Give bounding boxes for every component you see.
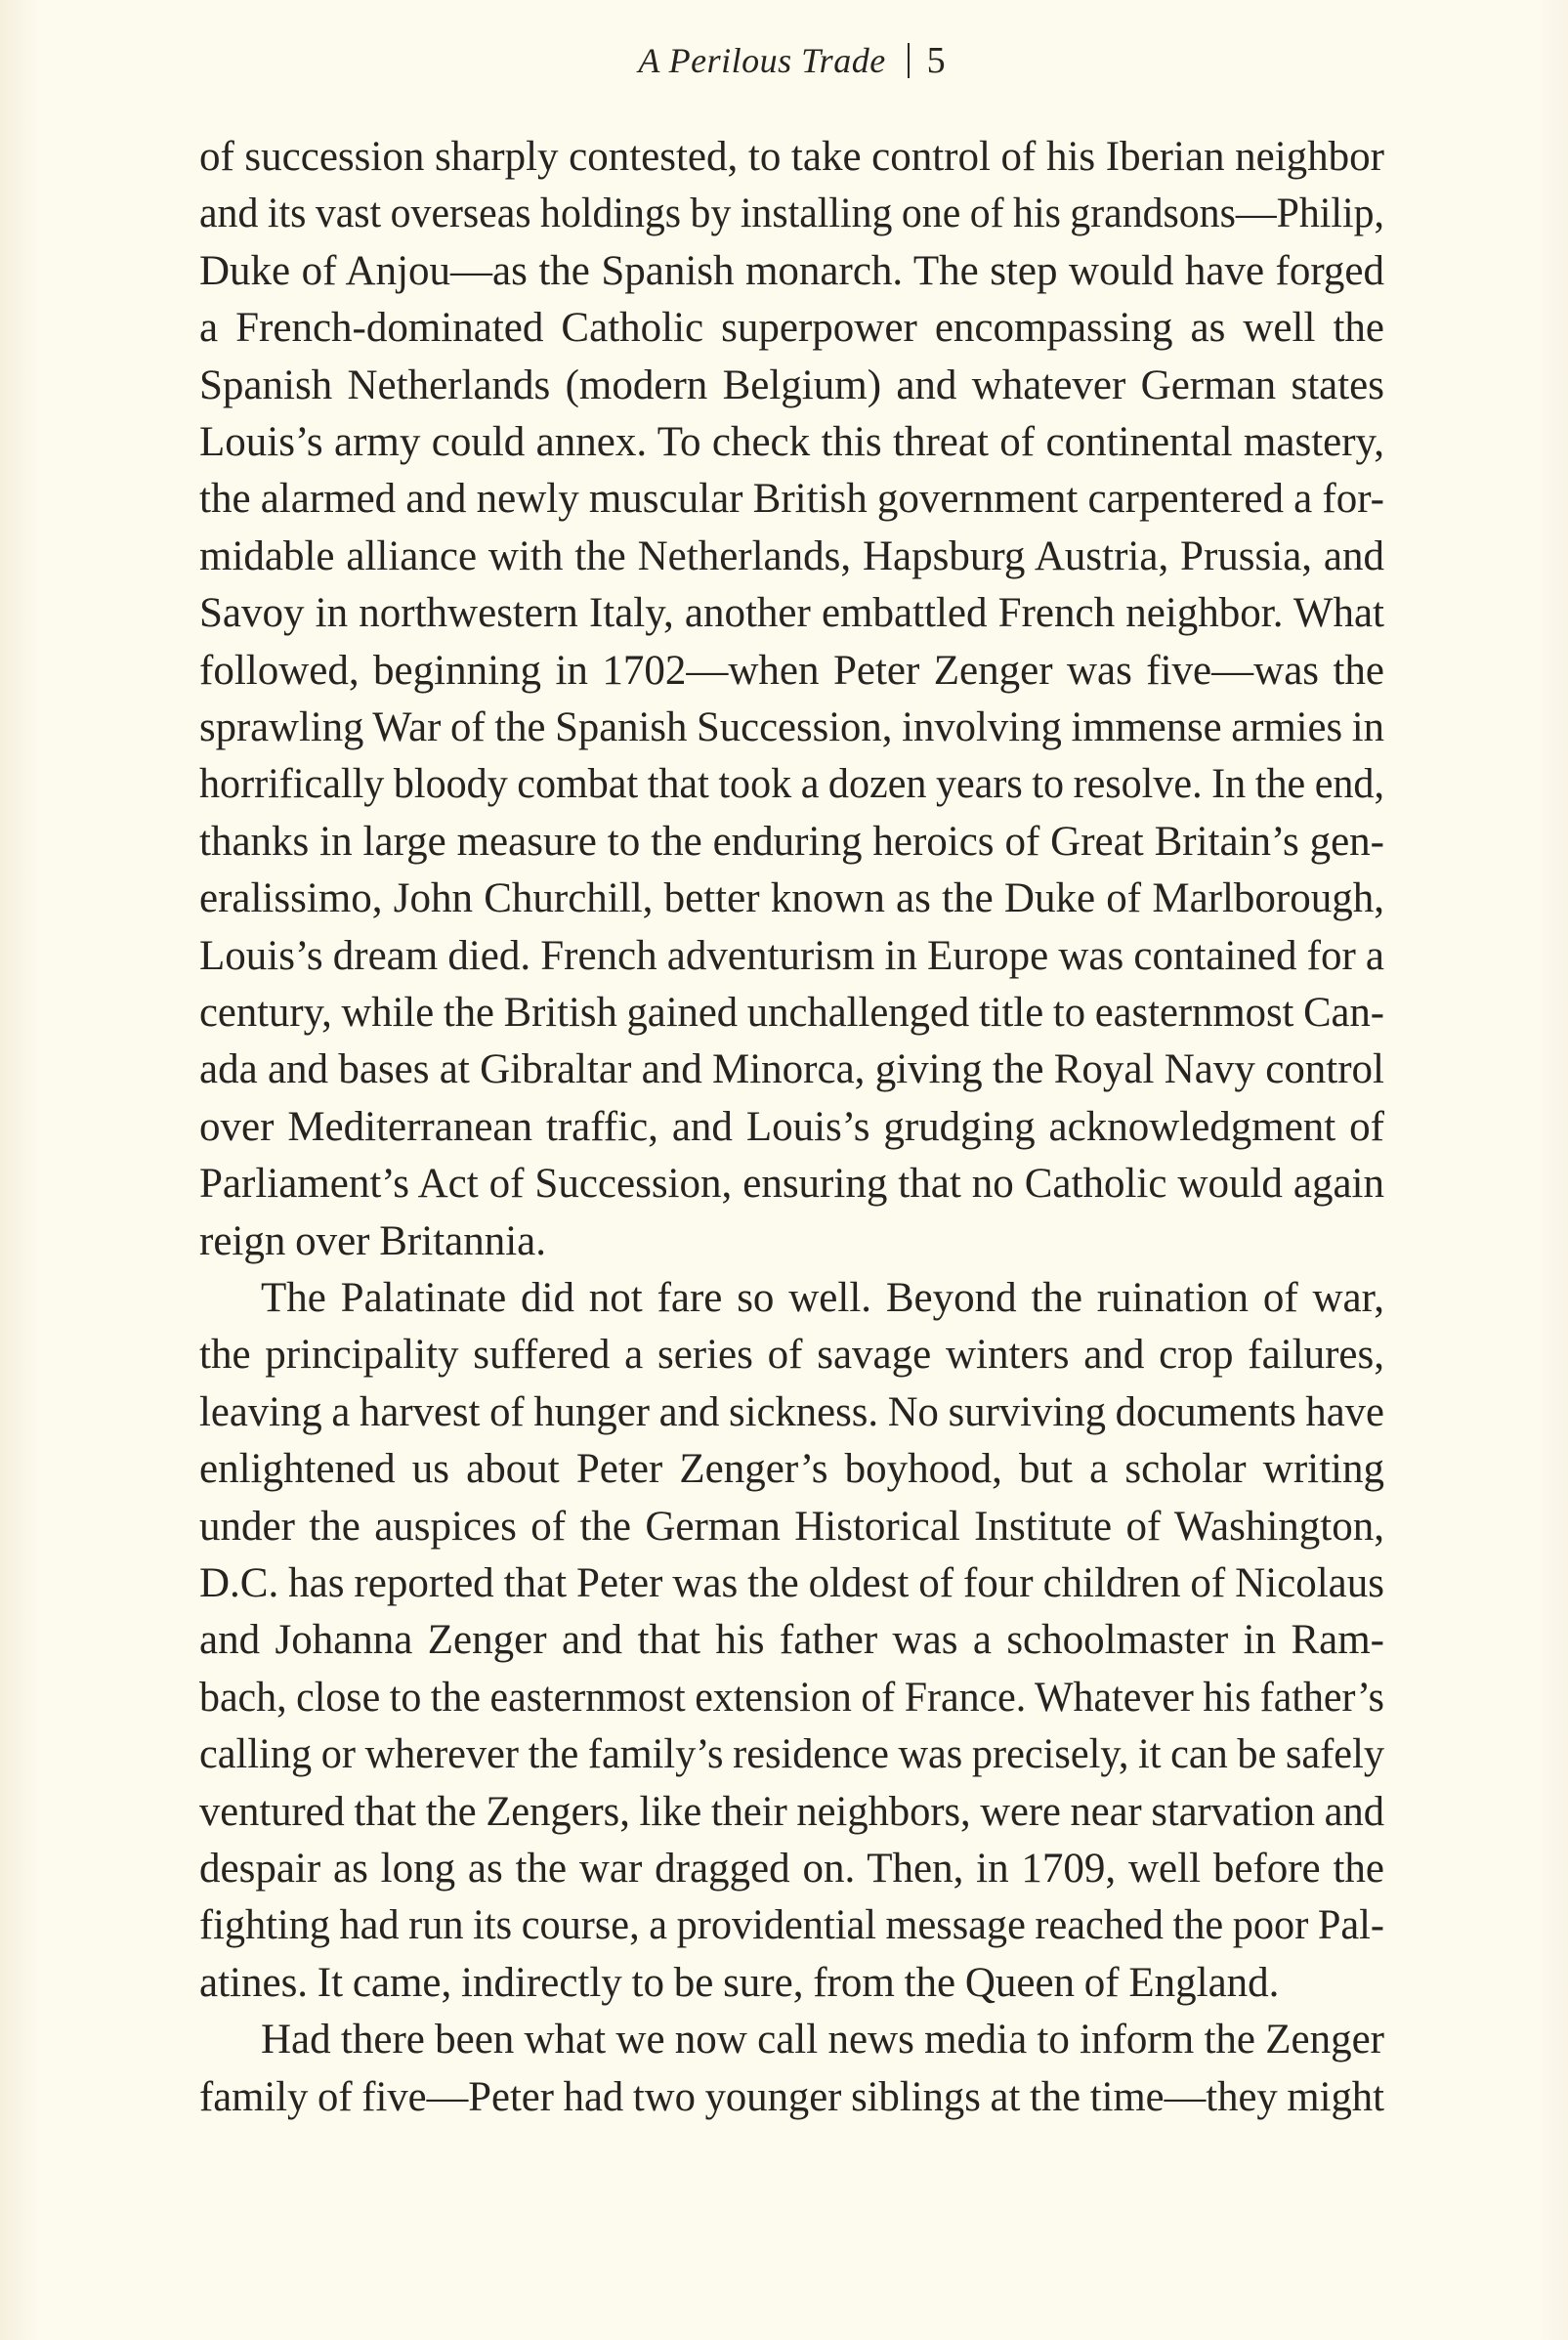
text-line: thanks in large measure to the enduring … bbox=[199, 814, 1384, 871]
text-line: reign over Britannia. bbox=[199, 1213, 1384, 1270]
text-line: a French-dominated Catholic superpower e… bbox=[199, 300, 1384, 357]
text-line: atines. It came, indirectly to be sure, … bbox=[199, 1955, 1384, 2012]
text-line: D.C. has reported that Peter was the old… bbox=[199, 1555, 1384, 1612]
text-line: Louis’s army could annex. To check this … bbox=[199, 414, 1384, 471]
running-head: A Perilous Trade5 bbox=[0, 37, 1568, 84]
text-line: horrifically bloody combat that took a d… bbox=[199, 756, 1384, 813]
text-line: enlightened us about Peter Zenger’s boyh… bbox=[199, 1441, 1384, 1498]
text-line: followed, beginning in 1702—when Peter Z… bbox=[199, 643, 1384, 700]
text-line: and Johanna Zenger and that his father w… bbox=[199, 1612, 1384, 1669]
text-line: Louis’s dream died. French adventurism i… bbox=[199, 928, 1384, 985]
text-line: family of five—Peter had two younger sib… bbox=[199, 2069, 1384, 2126]
text-line: calling or wherever the family’s residen… bbox=[199, 1726, 1384, 1783]
text-line: bach, close to the easternmost extension… bbox=[199, 1670, 1384, 1726]
text-line: Spanish Netherlands (modern Belgium) and… bbox=[199, 358, 1384, 414]
text-line: leaving a harvest of hunger and sickness… bbox=[199, 1384, 1384, 1441]
page-number: 5 bbox=[927, 40, 946, 81]
text-line: sprawling War of the Spanish Succession,… bbox=[199, 700, 1384, 756]
text-line: over Mediterranean traffic, and Louis’s … bbox=[199, 1099, 1384, 1156]
text-line: of succession sharply contested, to take… bbox=[199, 129, 1384, 186]
text-line: Had there been what we now call news med… bbox=[199, 2012, 1384, 2068]
text-line: ada and bases at Gibraltar and Minorca, … bbox=[199, 1042, 1384, 1098]
text-line: the principality suffered a series of sa… bbox=[199, 1327, 1384, 1383]
book-page: A Perilous Trade5 of succession sharply … bbox=[0, 0, 1568, 2340]
text-line: the alarmed and newly muscular British g… bbox=[199, 471, 1384, 528]
text-line: Parliament’s Act of Succession, ensuring… bbox=[199, 1156, 1384, 1213]
text-line: and its vast overseas holdings by instal… bbox=[199, 186, 1384, 242]
text-line: under the auspices of the German Histori… bbox=[199, 1499, 1384, 1555]
text-line: despair as long as the war dragged on. T… bbox=[199, 1841, 1384, 1897]
text-line: eralissimo, John Churchill, better known… bbox=[199, 871, 1384, 927]
text-line: Savoy in northwestern Italy, another emb… bbox=[199, 585, 1384, 642]
text-line: Duke of Anjou—as the Spanish monarch. Th… bbox=[199, 243, 1384, 300]
text-line: The Palatinate did not fare so well. Bey… bbox=[199, 1270, 1384, 1327]
text-line: fighting had run its course, a provident… bbox=[199, 1897, 1384, 1954]
running-head-separator bbox=[908, 43, 910, 78]
text-line: ventured that the Zengers, like their ne… bbox=[199, 1784, 1384, 1841]
running-head-title: A Perilous Trade bbox=[638, 41, 885, 80]
text-line: century, while the British gained unchal… bbox=[199, 985, 1384, 1042]
text-line: midable alliance with the Netherlands, H… bbox=[199, 529, 1384, 585]
